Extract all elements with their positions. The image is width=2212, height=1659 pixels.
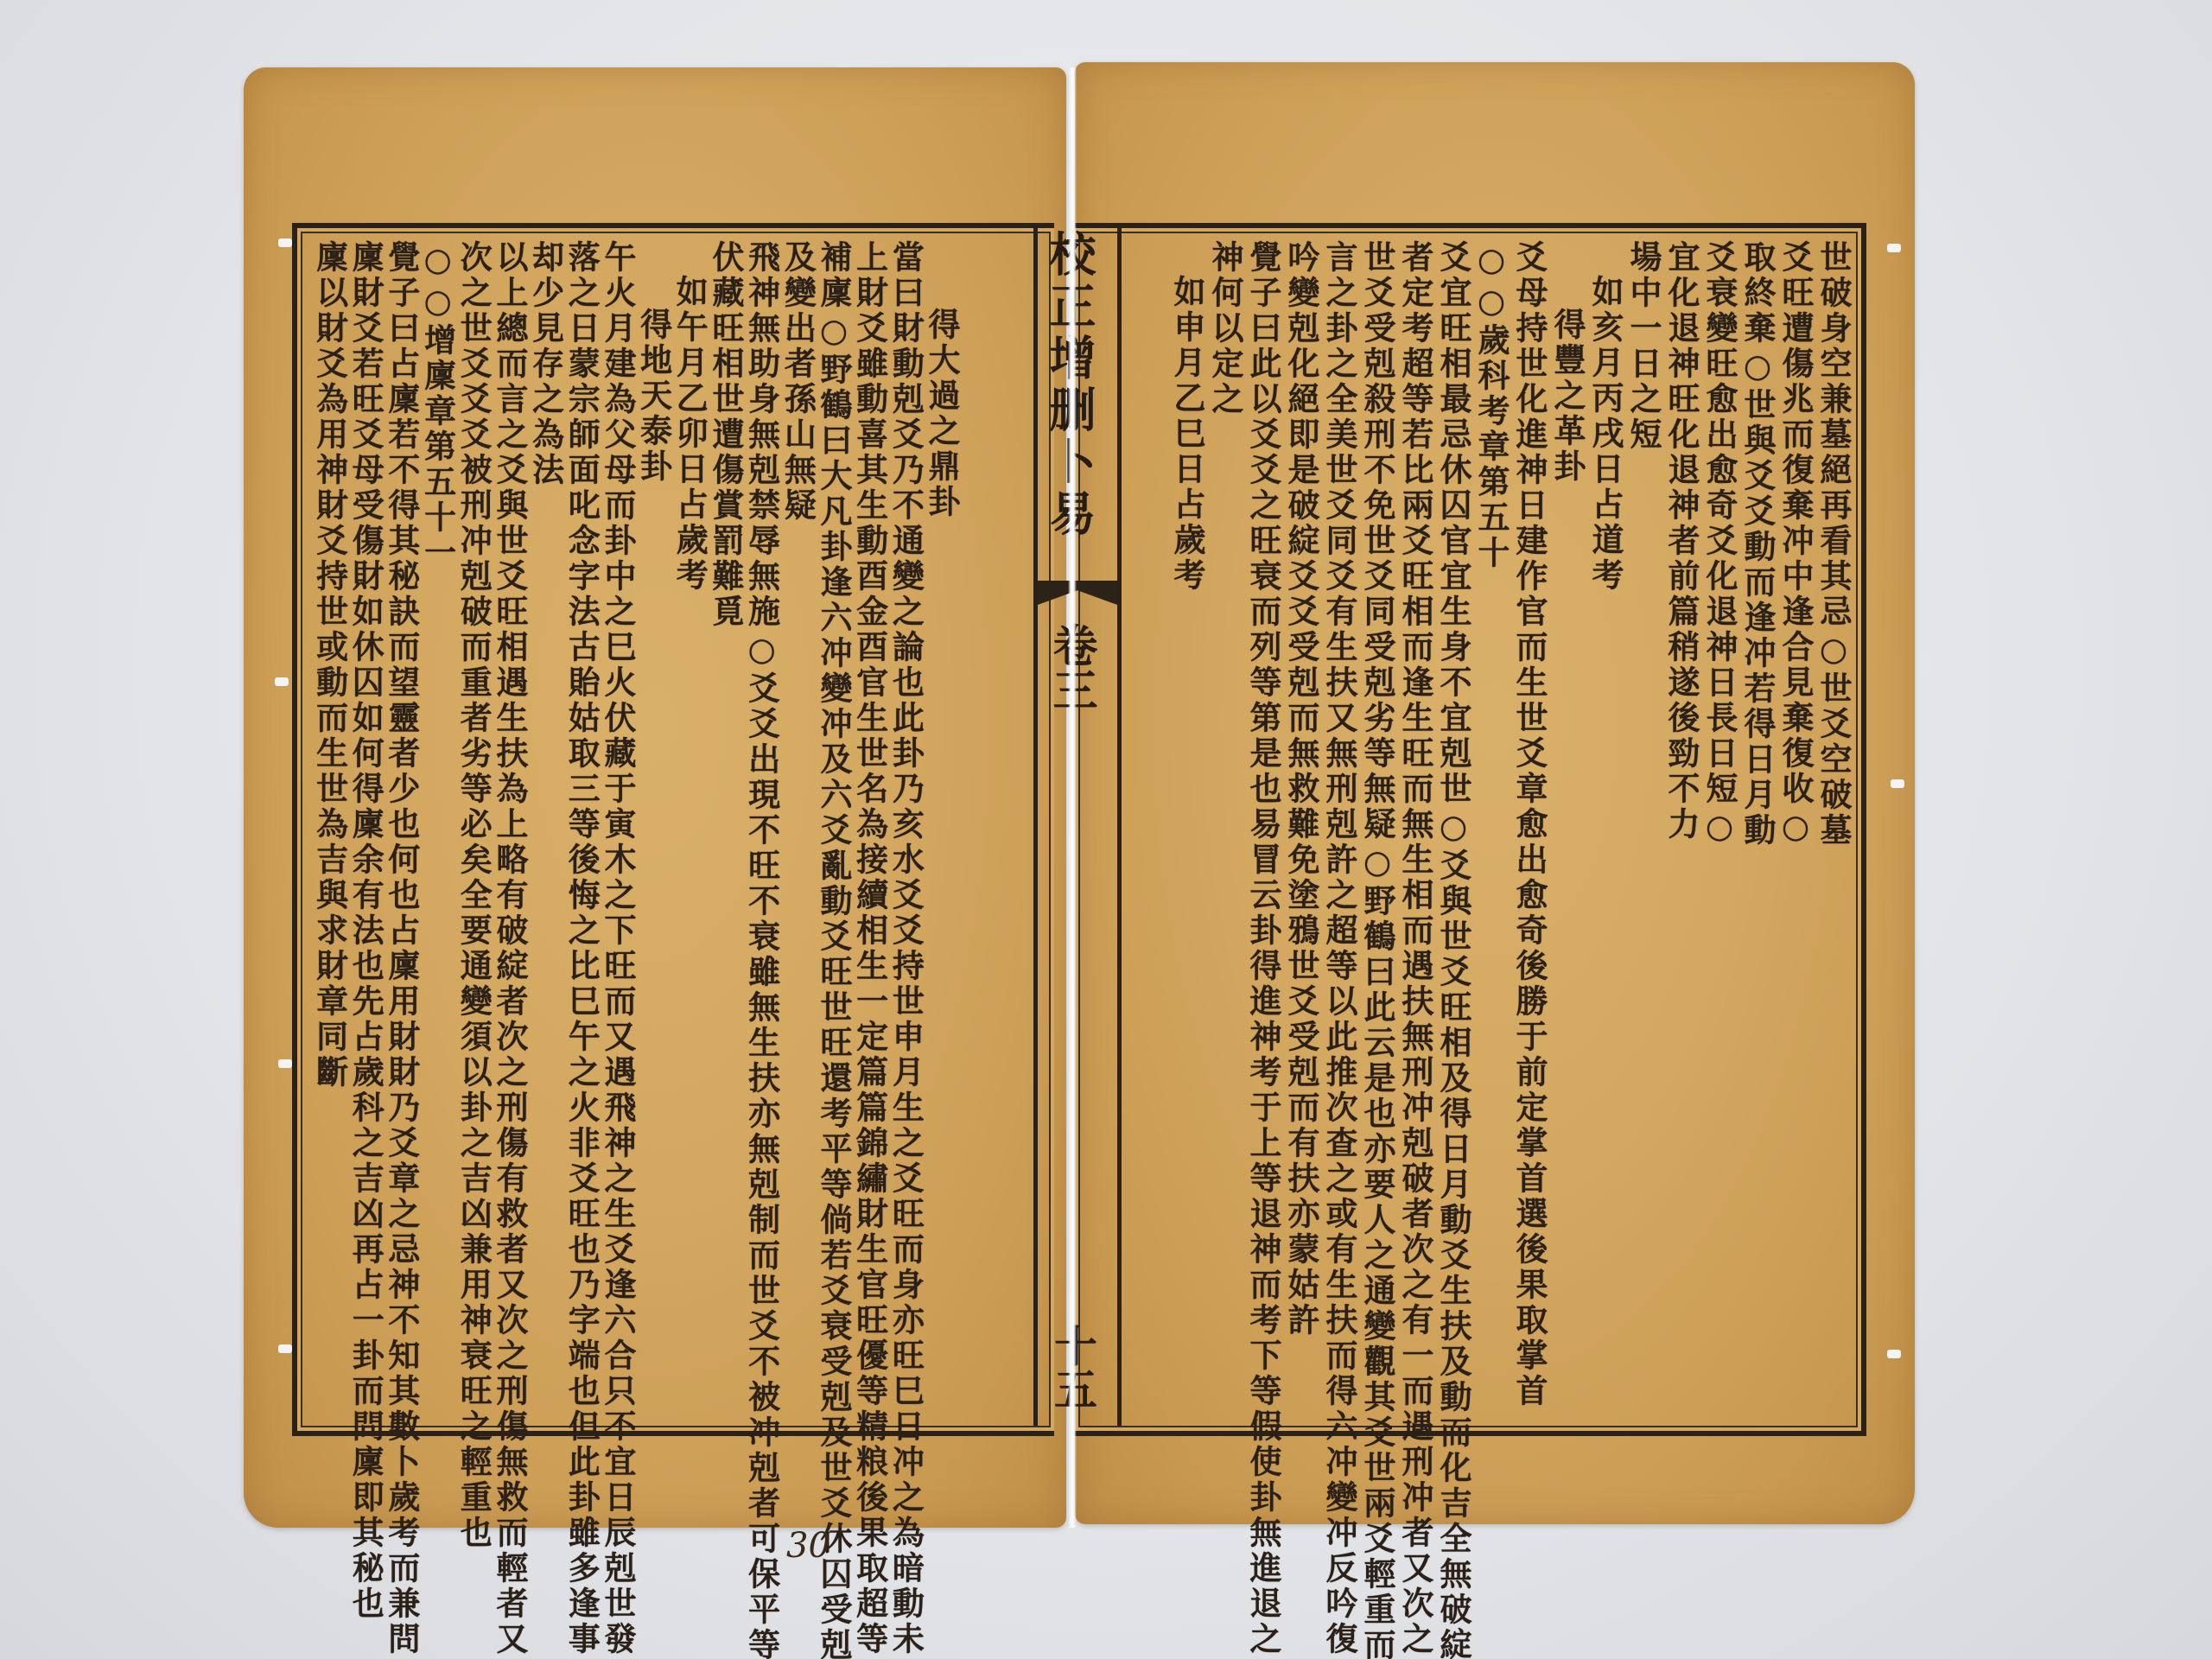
binding-hole bbox=[278, 1059, 292, 1068]
folio-number: 十五 bbox=[1052, 1324, 1103, 1410]
center-fold-tear bbox=[1068, 67, 1077, 1528]
text-column: 落之日蒙宗師面叱念字法古貽姑取三等後悔之比巳午之火非爻旺也乃字端也但此卦雖多逢事 bbox=[562, 240, 598, 1419]
text-column: 取終棄○世與爻爻動而逢冲若得日月動 bbox=[1735, 240, 1773, 1419]
text-column: 宜化退神旺化退神者前篇稍遂後勁不力 bbox=[1659, 240, 1697, 1419]
right-page-text-columns: 世破身空兼墓絕再看其忌○世爻空破墓 爻旺遭傷兆而復棄冲中逢合見棄復收○ 取終棄○… bbox=[1082, 240, 1849, 1419]
text-column: 上財爻雖動喜其生動酉金酉官生世名為接續相生一定篇篇錦繡財生官旺優等精粮後果取超等 bbox=[849, 240, 886, 1419]
binding-hole bbox=[1891, 779, 1904, 788]
text-column: 廩以財爻為用神財爻持世或動而生世為吉與求財章同斷 bbox=[309, 240, 346, 1419]
section-heading: ○○歲科考章第五十 bbox=[1469, 240, 1507, 1419]
text-column: 者定考超等若比兩爻旺相而逢生旺而無生相而遇扶無刑冲剋破者次之有一而遇刑冲者又次之 bbox=[1393, 240, 1431, 1419]
text-column: 却少見存之為法 bbox=[525, 240, 562, 1419]
text-column: 吟變剋化絕即是破綻爻爻受剋而無救難免塗鴉世爻受剋而有扶亦蒙姑許 bbox=[1279, 240, 1317, 1419]
text-column: 補廩○野鶴曰大凡卦逢六冲變冲及六爻亂動爻旺世旺還考平等倘若爻衰受剋及世爻休囚受剋 bbox=[813, 240, 849, 1419]
book-title: 校正增删卜易 bbox=[1052, 230, 1103, 541]
text-column: 言之卦之全美世爻同爻有生扶又無刑剋許之超等以此推次查之或有生扶而得六冲變冲反吟復 bbox=[1317, 240, 1355, 1419]
text-column: 得大過之鼎卦 bbox=[921, 240, 957, 1419]
text-column: 如亥月丙戌日占道考 bbox=[1583, 240, 1621, 1419]
binding-hole bbox=[278, 238, 292, 247]
text-column: 飛神無助身無剋禁辱無施○爻爻出現不旺不衰雖無生扶亦無剋制而世爻不被冲剋者可保平等 bbox=[741, 240, 778, 1419]
text-column: 爻母持世化進神日建作官而生世爻章愈出愈奇後勝于前定掌首選後果取掌首 bbox=[1507, 240, 1545, 1419]
volume-label: 卷三 bbox=[1052, 622, 1103, 712]
text-column: 覺子曰此以爻爻之旺衰而列等第是也易冒云卦得進神考于上等退神而考下等假使卦無進退之 bbox=[1241, 240, 1279, 1419]
text-column: 及變出者孫山無疑 bbox=[778, 240, 814, 1419]
text-column: 神何以定之 bbox=[1203, 240, 1241, 1419]
text-column: 爻宜旺相最忌休囚官宜生身不宜剋世○爻與世爻旺相及得日月動爻生扶及動而化吉全無破綻 bbox=[1431, 240, 1469, 1419]
spine-banxin: 校正增删卜易 卷三 十五 bbox=[1033, 223, 1122, 1426]
binding-hole bbox=[1887, 244, 1901, 252]
binding-hole bbox=[1887, 1350, 1901, 1358]
text-column: 世爻受剋殺刑不免世爻同受剋劣等無疑○野鶴曰此云是也亦要人之通變觀其爻世兩爻輕重而 bbox=[1355, 240, 1393, 1419]
right-page-border-frame: 世破身空兼墓絕再看其忌○世爻空破墓 爻旺遭傷兆而復棄冲中逢合見棄復收○ 取終棄○… bbox=[1075, 223, 1866, 1436]
text-column: 伏藏旺相世遭傷賞罰難覓 bbox=[705, 240, 741, 1419]
text-column: 爻衰變旺愈出愈奇爻化退神日長日短○ bbox=[1697, 240, 1735, 1419]
binding-hole bbox=[275, 677, 289, 686]
text-column: 爻旺遭傷兆而復棄冲中逢合見棄復收○ bbox=[1773, 240, 1811, 1419]
text-column: 場中一日之短 bbox=[1621, 240, 1659, 1419]
text-column: 世破身空兼墓絕再看其忌○世爻空破墓 bbox=[1811, 240, 1849, 1419]
section-heading: ○○增廩章第五十一 bbox=[417, 240, 454, 1419]
fish-tail-ornament bbox=[1038, 581, 1117, 605]
text-column: 如申月乙巳日占歲考 bbox=[1165, 240, 1203, 1419]
left-page-text-columns: 得大過之鼎卦 當曰財動剋爻乃不通變之論也此卦乃亥水爻爻持世申月生之爻旺而身亦旺巳… bbox=[309, 240, 957, 1419]
page-number-left: 30 bbox=[786, 1526, 830, 1566]
text-column: 覺子曰占廩若不得其秘訣而望靈者少也何也占廩用財財乃爻章之忌神不知其數卜歲考而兼問 bbox=[381, 240, 417, 1419]
text-column: 次之世爻爻爻被刑冲剋破而重者劣等必矣全要通變須以卦之吉凶兼用神衰旺之輕重也 bbox=[454, 240, 490, 1419]
text-column: 得地天泰卦 bbox=[633, 240, 670, 1419]
binding-hole bbox=[278, 1344, 292, 1353]
text-column: 如午月乙卯日占歲考 bbox=[670, 240, 706, 1419]
text-column: 當曰財動剋爻乃不通變之論也此卦乃亥水爻爻持世申月生之爻旺而身亦旺巳日冲之為暗動未 bbox=[886, 240, 922, 1419]
text-column: 午火月建為父母而卦中之巳火伏藏于寅木之下旺而又遇飛神之生爻逢六合只不宜日辰剋世發 bbox=[597, 240, 633, 1419]
left-page-border-frame: 得大過之鼎卦 當曰財動剋爻乃不通變之論也此卦乃亥水爻爻持世申月生之爻旺而身亦旺巳… bbox=[292, 223, 1054, 1436]
left-page: 得大過之鼎卦 當曰財動剋爻乃不通變之論也此卦乃亥水爻爻持世申月生之爻旺而身亦旺巳… bbox=[244, 67, 1066, 1528]
text-column: 廩財爻若旺爻母受傷財如休囚如何得廩余有法也先占歲科之吉凶再占一卦而問廩即其秘也 bbox=[346, 240, 382, 1419]
text-column: 以上總而言之爻與世爻旺相遇生扶為上略有破綻者次之刑傷有救者又次之刑傷無救而輕者又 bbox=[489, 240, 525, 1419]
text-column: 得豐之革卦 bbox=[1545, 240, 1583, 1419]
right-page: 世破身空兼墓絕再看其忌○世爻空破墓 爻旺遭傷兆而復棄冲中逢合見棄復收○ 取終棄○… bbox=[1075, 62, 1915, 1524]
